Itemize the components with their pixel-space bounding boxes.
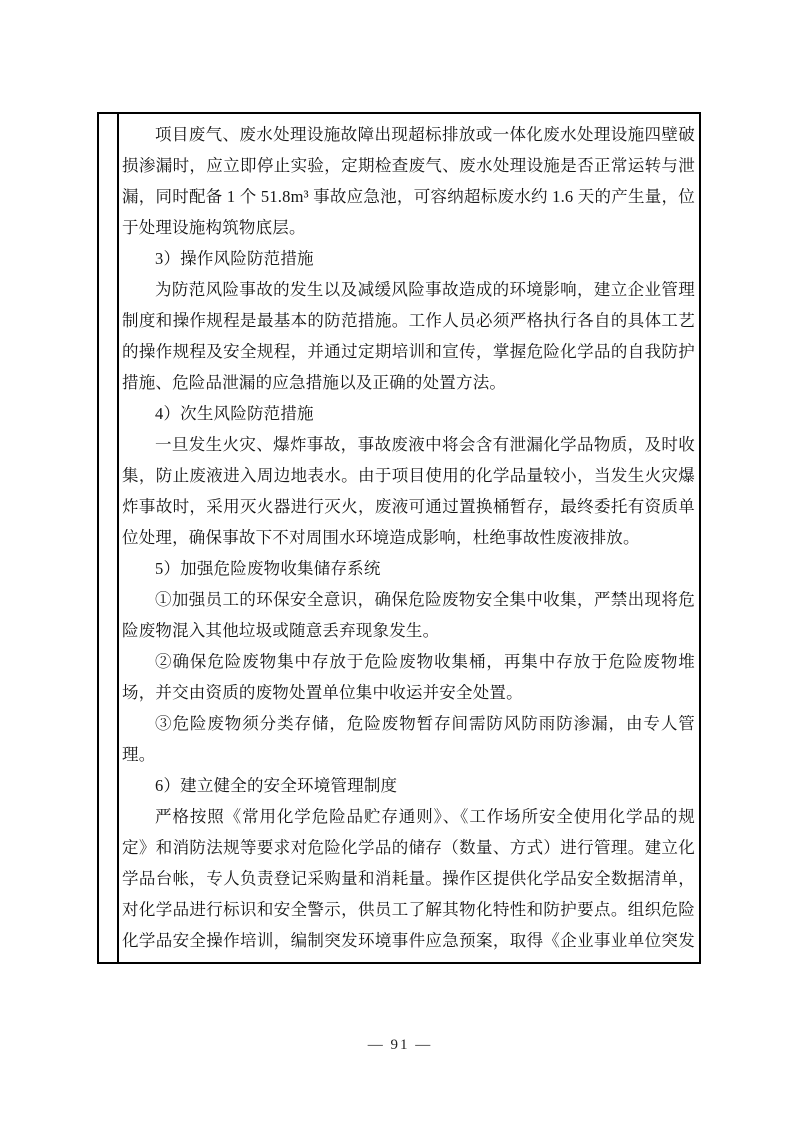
section-heading: 6）建立健全的安全环境管理制度 <box>122 770 695 801</box>
section-heading: 3）操作风险防范措施 <box>122 243 695 274</box>
paragraph: ③危险废物须分类存储，危险废物暂存间需防风防雨防渗漏，由专人管理。 <box>122 708 695 770</box>
scanned-document-page: { "document": { "paragraphs": [ { "role"… <box>0 0 800 1131</box>
table-text-cell: 项目废气、废水处理设施故障出现超标排放或一体化废水处理设施四壁破损渗漏时，应立即… <box>119 114 699 962</box>
paragraph: 一旦发生火灾、爆炸事故，事故废液中将会含有泄漏化学品物质，及时收集，防止废液进入… <box>122 429 695 553</box>
paragraph: ①加强员工的环保安全意识，确保危险废物安全集中收集，严禁出现将危险废物混入其他垃… <box>122 584 695 646</box>
page-footer: — 91 — <box>0 1037 800 1054</box>
section-heading: 5）加强危险废物收集储存系统 <box>122 553 695 584</box>
paragraph: ②确保危险废物集中存放于危险废物收集桶，再集中存放于危险废物堆场，并交由资质的废… <box>122 646 695 708</box>
paragraph: 为防范风险事故的发生以及减缓风险事故造成的环境影响，建立企业管理制度和操作规程是… <box>122 274 695 398</box>
page-number: — 91 — <box>368 1037 433 1053</box>
paragraph: 项目废气、废水处理设施故障出现超标排放或一体化废水处理设施四壁破损渗漏时，应立即… <box>122 119 695 243</box>
content-table: 项目废气、废水处理设施故障出现超标排放或一体化废水处理设施四壁破损渗漏时，应立即… <box>97 112 701 964</box>
table-left-column <box>99 114 119 962</box>
paragraph: 严格按照《常用化学危险品贮存通则》、《工作场所安全使用化学品的规定》和消防法规等… <box>122 801 695 962</box>
section-heading: 4）次生风险防范措施 <box>122 398 695 429</box>
